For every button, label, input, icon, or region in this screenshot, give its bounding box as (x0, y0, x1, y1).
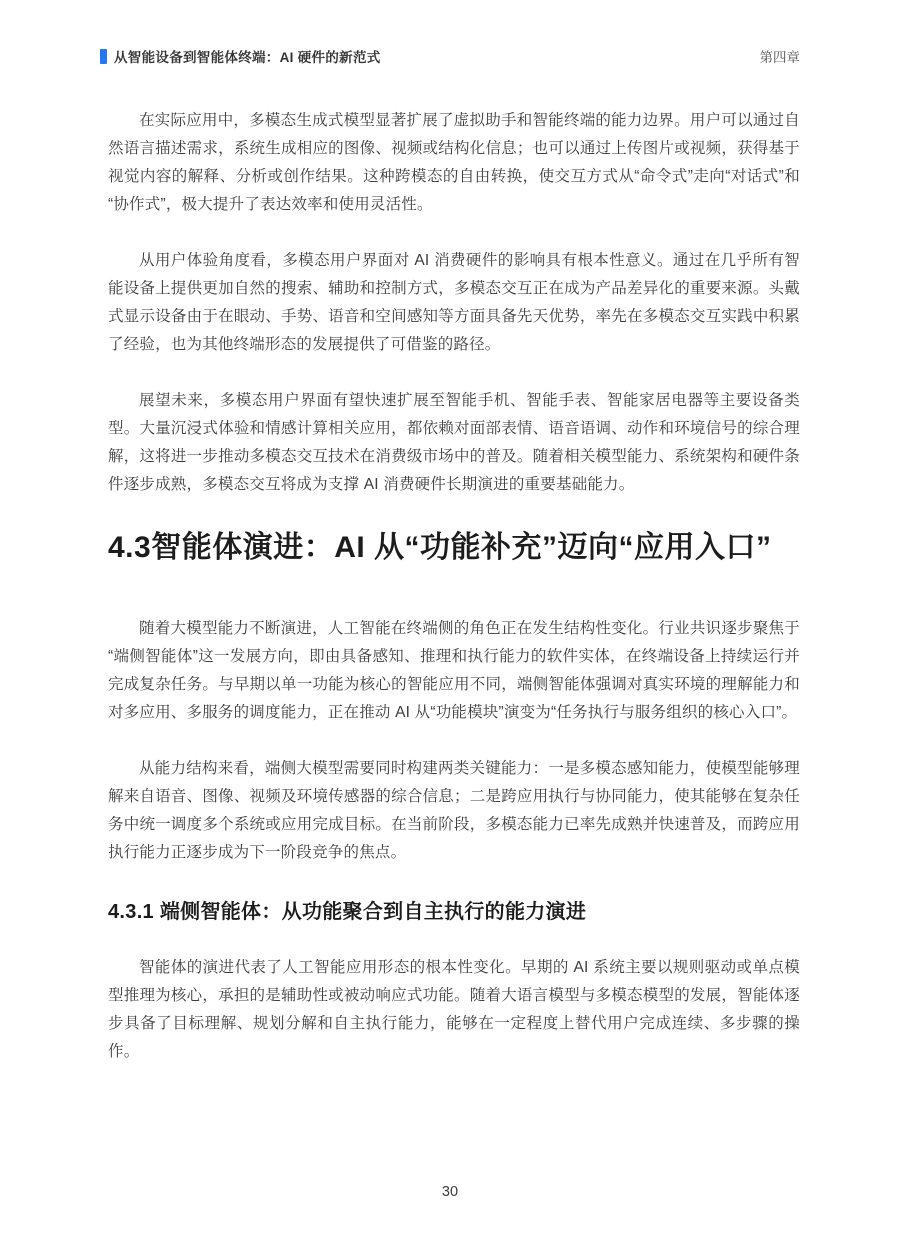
page-header: 从智能设备到智能体终端：AI 硬件的新范式 第四章 (100, 46, 800, 66)
page-number: 30 (442, 1184, 458, 1200)
paragraph-agent-role-shift: 随着大模型能力不断演进，人工智能在终端侧的角色正在发生结构性变化。行业共识逐步聚… (108, 615, 800, 727)
chapter-label: 第四章 (760, 46, 801, 66)
paragraph-user-experience: 从用户体验角度看，多模态用户界面对 AI 消费硬件的影响具有根本性意义。通过在几… (108, 247, 800, 359)
header-left: 从智能设备到智能体终端：AI 硬件的新范式 (100, 46, 381, 66)
document-page: 从智能设备到智能体终端：AI 硬件的新范式 第四章 在实际应用中，多模态生成式模… (0, 0, 900, 1259)
paragraph-capability-structure: 从能力结构来看，端侧大模型需要同时构建两类关键能力：一是多模态感知能力，使模型能… (108, 755, 800, 867)
paragraph-agent-evolution: 智能体的演进代表了人工智能应用形态的根本性变化。早期的 AI 系统主要以规则驱动… (108, 954, 800, 1066)
paragraph-multimodal-applications: 在实际应用中，多模态生成式模型显著扩展了虚拟助手和智能终端的能力边界。用户可以通… (108, 107, 800, 219)
subsection-heading-4-3-1: 4.3.1 端侧智能体：从功能聚合到自主执行的能力演进 (108, 897, 800, 927)
page-content: 在实际应用中，多模态生成式模型显著扩展了虚拟助手和智能终端的能力边界。用户可以通… (108, 107, 800, 1094)
section-heading-4-3: 4.3智能体演进：AI 从“功能补充”迈向“应用入口” (108, 527, 800, 569)
paragraph-future-outlook: 展望未来，多模态用户界面有望快速扩展至智能手机、智能手表、智能家居电器等主要设备… (108, 387, 800, 499)
page-footer: 30 (0, 1183, 900, 1201)
document-title: 从智能设备到智能体终端：AI 硬件的新范式 (114, 46, 381, 66)
accent-bar-icon (100, 49, 107, 64)
